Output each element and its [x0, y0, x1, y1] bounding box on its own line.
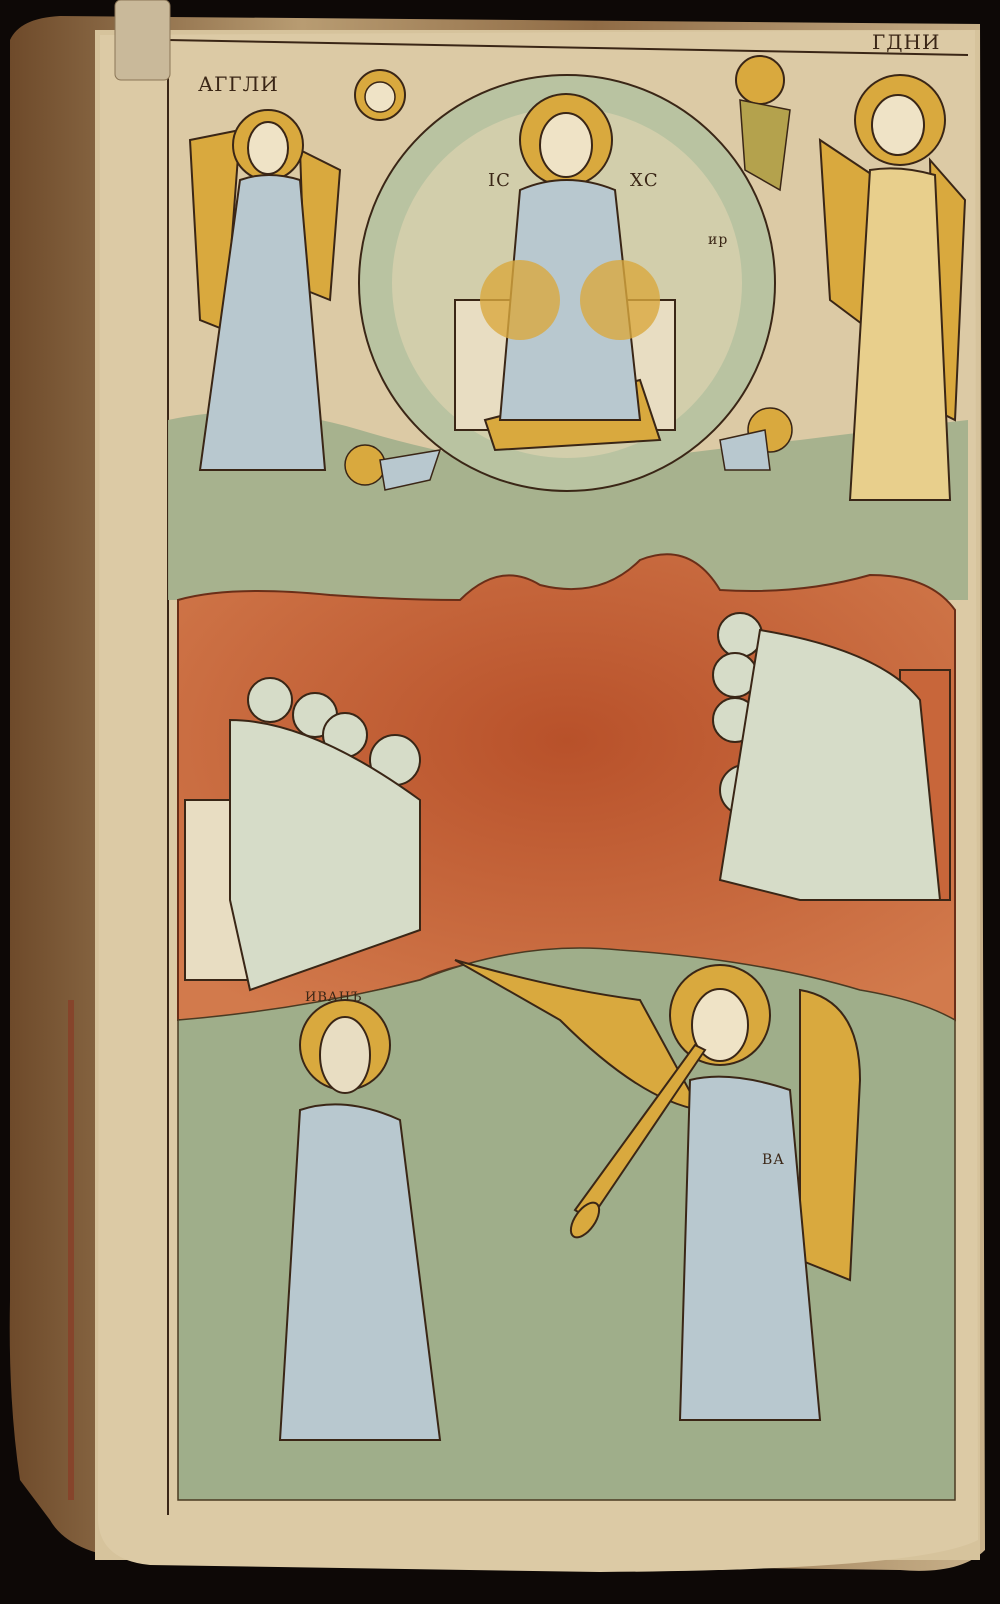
inscription-top-left-angel: АГГЛИ [198, 72, 279, 96]
inscription-top-right-angel: ГДНИ [872, 30, 940, 54]
book [0, 0, 1000, 1604]
inscription-john: ИВАНЪ [305, 990, 362, 1005]
manuscript-illustration [0, 0, 1000, 1604]
inscription-christ-right: ХС [630, 170, 659, 191]
inscription-christ-left: IC [488, 170, 511, 191]
inscription-trumpet-angel: ВА [762, 1152, 785, 1168]
inscription-mandorla-note: ир [708, 232, 728, 248]
